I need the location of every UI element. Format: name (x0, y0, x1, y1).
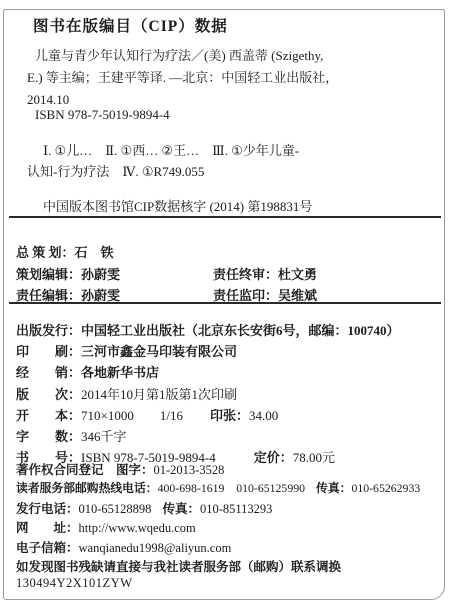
contact-row-email: 电子信箱：wanqianedu1998@aliyun.com (16, 538, 420, 557)
contact-details: 著作权合同登记 图字：01-2013-3528 读者服务部邮购热线电话：400-… (16, 460, 420, 596)
field-label: 传真： (162, 502, 200, 516)
publication-row-edition: 版 次：2014年10月第1版第1次印刷 (16, 384, 400, 405)
field-label: 印张： (210, 408, 249, 423)
field-label: 版 次： (16, 387, 81, 402)
editorial-credits: 总 策 划：石 铁 策划编辑：孙蔚雯 责任终审：杜文勇 责任编辑：孙蔚雯 责任监… (16, 242, 120, 307)
field-value: 01-2013-3528 (154, 463, 225, 477)
cip-book-description: 儿童与青少年认知行为疗法／(美) 西盖蒂 (Szigethy, E.) 等主编；… (27, 45, 338, 111)
cip-record-number-line: 中国版本图书馆CIP数据核字 (2014) 第198831号 (43, 196, 312, 215)
cip-book-line-1: 儿童与青少年认知行为疗法／(美) 西盖蒂 (Szigethy, (27, 45, 338, 67)
print-batch-code: 130494Y2X101ZYW (16, 576, 133, 590)
notice-text: 如发现图书残缺请直接与我社读者服务部（邮购）联系调换 (16, 560, 341, 574)
field-value: 010-65262933 (351, 481, 420, 495)
publication-row-distributor: 经 销：各地新华书店 (16, 362, 400, 383)
publication-row-wordcount: 字 数：346千字 (16, 426, 400, 447)
credit-label: 责任终审： (213, 267, 278, 282)
field-value: 三河市鑫金马印装有限公司 (81, 344, 237, 359)
print-batch-code-row: 130494Y2X101ZYW (16, 576, 420, 595)
cip-isbn-line: ISBN 978-7-5019-9894-4 (35, 107, 170, 123)
credit-right-pair: 责任终审：杜文勇 (213, 264, 317, 283)
contact-row-copyright-registration: 著作权合同登记 图字：01-2013-3528 (16, 460, 420, 479)
credit-row-planning-editor: 策划编辑：孙蔚雯 责任终审：杜文勇 (16, 264, 120, 286)
credit-value: 孙蔚雯 (81, 267, 120, 282)
field-value: 中国轻工业出版社（北京东长安街6号，邮编：100740） (81, 323, 400, 338)
field-label: 网 址： (16, 521, 79, 535)
field-value: 346千字 (81, 429, 127, 444)
field-value: 010-85113293 (200, 502, 272, 516)
field-value: 各地新华书店 (81, 365, 159, 380)
cip-heading: 图书在版编目（CIP）数据 (33, 14, 228, 36)
field-label: 读者服务部邮购热线电话： (16, 481, 158, 495)
credit-label: 责任监印： (213, 288, 278, 303)
email-address: wanqianedu1998@aliyun.com (79, 541, 232, 555)
credit-label: 总 策 划： (16, 245, 75, 260)
credit-value: 孙蔚雯 (81, 288, 120, 303)
credit-row-chief-planner: 总 策 划：石 铁 (16, 242, 120, 264)
credit-label: 责任编辑： (16, 288, 81, 303)
website-url: http://www.wqedu.com (79, 521, 196, 535)
field-label: 出版发行： (16, 323, 81, 338)
copyright-page: 图书在版编目（CIP）数据 儿童与青少年认知行为疗法／(美) 西盖蒂 (Szig… (0, 0, 450, 605)
field-label: 开 本： (16, 408, 81, 423)
cip-classification-line-2: 认知-行为疗法 Ⅳ. ①R749.055 (27, 161, 204, 180)
cip-classification-line-1: Ⅰ. ①儿… Ⅱ. ①西… ②王… Ⅲ. ①少年儿童- (43, 140, 299, 159)
credit-label: 策划编辑： (16, 267, 81, 282)
field-value: 400-698-1619 010-65125990 (158, 481, 305, 495)
field-value: 010-65128898 (79, 502, 152, 516)
field-label: 发行电话： (16, 502, 79, 516)
field-label: 传真： (316, 481, 351, 495)
field-value: 710×1000 1/16 (81, 408, 183, 423)
field-label: 著作权合同登记 图字： (16, 463, 154, 477)
divider-rule-top (9, 216, 441, 218)
field-label: 字 数： (16, 429, 81, 444)
contact-row-distribution-phone: 发行电话：010-65128898传真：010-85113293 (16, 499, 420, 518)
credit-value: 吴维斌 (278, 288, 317, 303)
field-label: 印 刷： (16, 344, 81, 359)
cip-book-line-2: E.) 等主编；王建平等译. —北京：中国轻工业出版社， (27, 67, 338, 89)
field-label: 电子信箱： (16, 541, 79, 555)
contact-row-website: 网 址：http://www.wqedu.com (16, 518, 420, 537)
field-value: 34.00 (249, 408, 278, 423)
credit-value: 杜文勇 (278, 267, 317, 282)
divider-rule-bottom (9, 302, 441, 304)
publication-row-format: 开 本：710×1000 1/16印张：34.00 (16, 405, 400, 426)
publication-details: 出版发行：中国轻工业出版社（北京东长安街6号，邮编：100740） 印 刷：三河… (16, 320, 400, 468)
publication-row-printer: 印 刷：三河市鑫金马印装有限公司 (16, 341, 400, 362)
field-label: 经 销： (16, 365, 81, 380)
contact-row-reader-hotline: 读者服务部邮购热线电话：400-698-1619 010-65125990传真：… (16, 479, 420, 498)
defective-copy-notice: 如发现图书残缺请直接与我社读者服务部（邮购）联系调换 (16, 557, 420, 576)
field-value: 2014年10月第1版第1次印刷 (81, 387, 237, 402)
publication-row-publisher: 出版发行：中国轻工业出版社（北京东长安街6号，邮编：100740） (16, 320, 400, 341)
credit-value: 石 铁 (75, 245, 114, 260)
